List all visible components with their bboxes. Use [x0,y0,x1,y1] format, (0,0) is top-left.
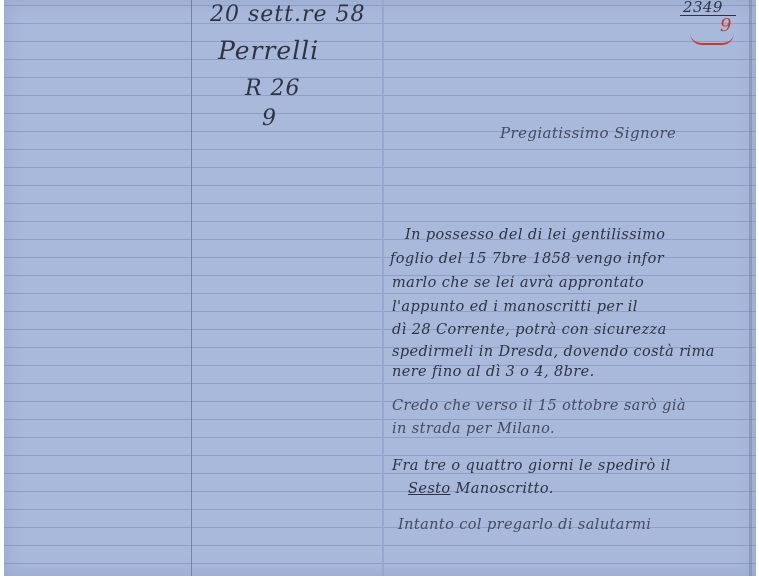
letter-line-sesto: Sesto Manoscritto. [408,481,554,497]
page-fold [382,0,384,576]
letter-line: Credo che verso il 15 ottobre sarò già [392,398,686,414]
docket-sender: Perrelli [218,36,319,65]
ruled-margin-line [191,0,192,576]
folio-number: 2349 [683,0,723,16]
red-annotation-stroke [690,33,734,45]
closing-line: Intanto col pregarlo di salutarmi [398,517,651,533]
letter-line: Fra tre o quattro giorni le spedirò il [392,458,671,474]
letter-line: In possesso del di lei gentilissimo [405,227,665,243]
letter-line: foglio del 15 7bre 1858 vengo infor [390,251,664,267]
letter-line: l'appunto ed i manoscritti per il [392,299,638,315]
docket-date: 20 sett.re 58 [210,2,366,27]
docket-reply-mark: R 26 [245,76,301,101]
letter-line: nere fino al dì 3 o 4, 8bre. [392,364,595,380]
letter-line: dì 28 Corrente, potrà con sicurezza [392,322,667,338]
underlined-word: Sesto [408,481,451,497]
page-edge-shadow [749,0,752,576]
letter-line-rest: Manoscritto. [456,481,554,497]
letter-line: spedirmeli in Dresda, dovendo costà rima [392,344,715,360]
salutation: Pregiatissimo Signore [500,124,676,142]
letter-line: marlo che se lei avrà approntato [392,275,644,291]
docket-number: 9 [262,106,277,131]
letter-line: in strada per Milano. [392,421,555,437]
